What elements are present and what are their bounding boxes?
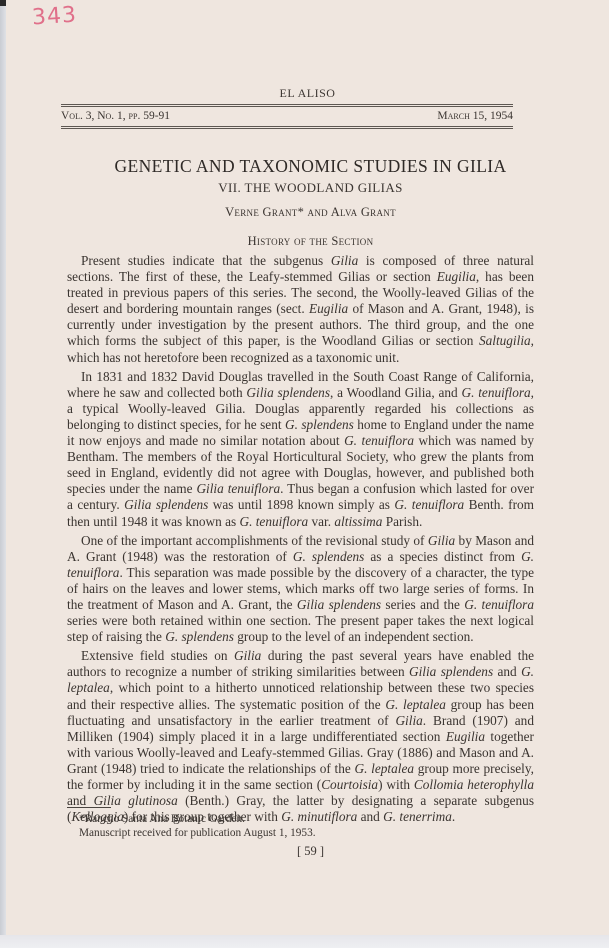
taxon-name: G. splendens: [293, 549, 364, 564]
taxon-name: G. leptalea: [355, 761, 414, 776]
taxon-name: G. tenuiflora: [464, 597, 534, 612]
taxon-name: Gilia: [428, 533, 455, 548]
taxon-name: G. tenuiflora: [344, 433, 414, 448]
taxon-name: altissima: [334, 514, 382, 529]
taxon-name: G. splendens: [165, 629, 234, 644]
taxon-name: Gilia tenuiflora: [196, 481, 280, 496]
paragraph: One of the important accomplishments of …: [67, 533, 534, 646]
paragraph: Extensive field studies on Gilia during …: [67, 648, 534, 825]
taxon-name: Gilia: [234, 648, 261, 663]
taxon-name: Gilia splendens: [297, 597, 381, 612]
header-rule-top: [61, 104, 513, 105]
taxon-name: G. tenuiflora: [394, 497, 464, 512]
taxon-name: Gilia: [395, 713, 422, 728]
taxon-name: Gilia splendens: [124, 497, 208, 512]
taxon-name: Courtoisia: [321, 777, 378, 792]
volume-info: Vol. 3, No. 1, pp. 59-91: [61, 110, 170, 122]
footnote-received: Manuscript received for publication Augu…: [79, 826, 519, 840]
taxon-name: Eugilia: [437, 269, 476, 284]
taxon-name: Eugilia: [309, 301, 348, 316]
paragraph: In 1831 and 1832 David Douglas travelled…: [67, 369, 534, 530]
footnotes: *Rancho Santa Ana Botanic Garden. Manusc…: [79, 812, 519, 840]
taxon-name: G. tenuiflora: [461, 385, 530, 400]
taxon-name: Collomia heterophylla: [414, 777, 534, 792]
taxon-name: Gilia glutinosa: [94, 793, 178, 808]
taxon-name: G. leptalea: [385, 697, 446, 712]
article-title: GENETIC AND TAXONOMIC STUDIES IN GILIA: [6, 156, 609, 177]
taxon-name: G. splendens: [285, 417, 354, 432]
taxon-name: Gilia splendens: [246, 385, 330, 400]
taxon-name: Gilia: [331, 253, 358, 268]
taxon-name: Eugilia: [446, 729, 485, 744]
header-rule-bottom: [61, 126, 513, 127]
paper-page: 343 EL ALISO Vol. 3, No. 1, pp. 59-91 Ma…: [6, 0, 609, 935]
issue-date: March 15, 1954: [437, 110, 513, 122]
taxon-name: Saltugilia: [479, 333, 531, 348]
header-rule-bottom-2: [61, 128, 513, 129]
header-rule-top-2: [61, 106, 513, 107]
section-heading: History of the Section: [6, 234, 609, 249]
paragraph: Present studies indicate that the subgen…: [67, 253, 534, 366]
journal-name: EL ALISO: [6, 86, 609, 101]
taxon-name: G. tenuiflora: [239, 514, 308, 529]
footnote-rule: [67, 807, 111, 808]
page-number: [ 59 ]: [6, 844, 609, 859]
scan-bottom-strip: [0, 935, 609, 948]
taxon-name: Gilia splendens: [409, 664, 493, 679]
handwritten-number: 343: [31, 2, 78, 30]
footnote-affiliation: *Rancho Santa Ana Botanic Garden.: [79, 812, 519, 826]
article-authors: Verne Grant* and Alva Grant: [6, 205, 609, 220]
article-body: Present studies indicate that the subgen…: [67, 253, 534, 828]
volume-line: Vol. 3, No. 1, pp. 59-91 March 15, 1954: [61, 110, 513, 122]
article-subtitle: VII. THE WOODLAND GILIAS: [6, 180, 609, 196]
